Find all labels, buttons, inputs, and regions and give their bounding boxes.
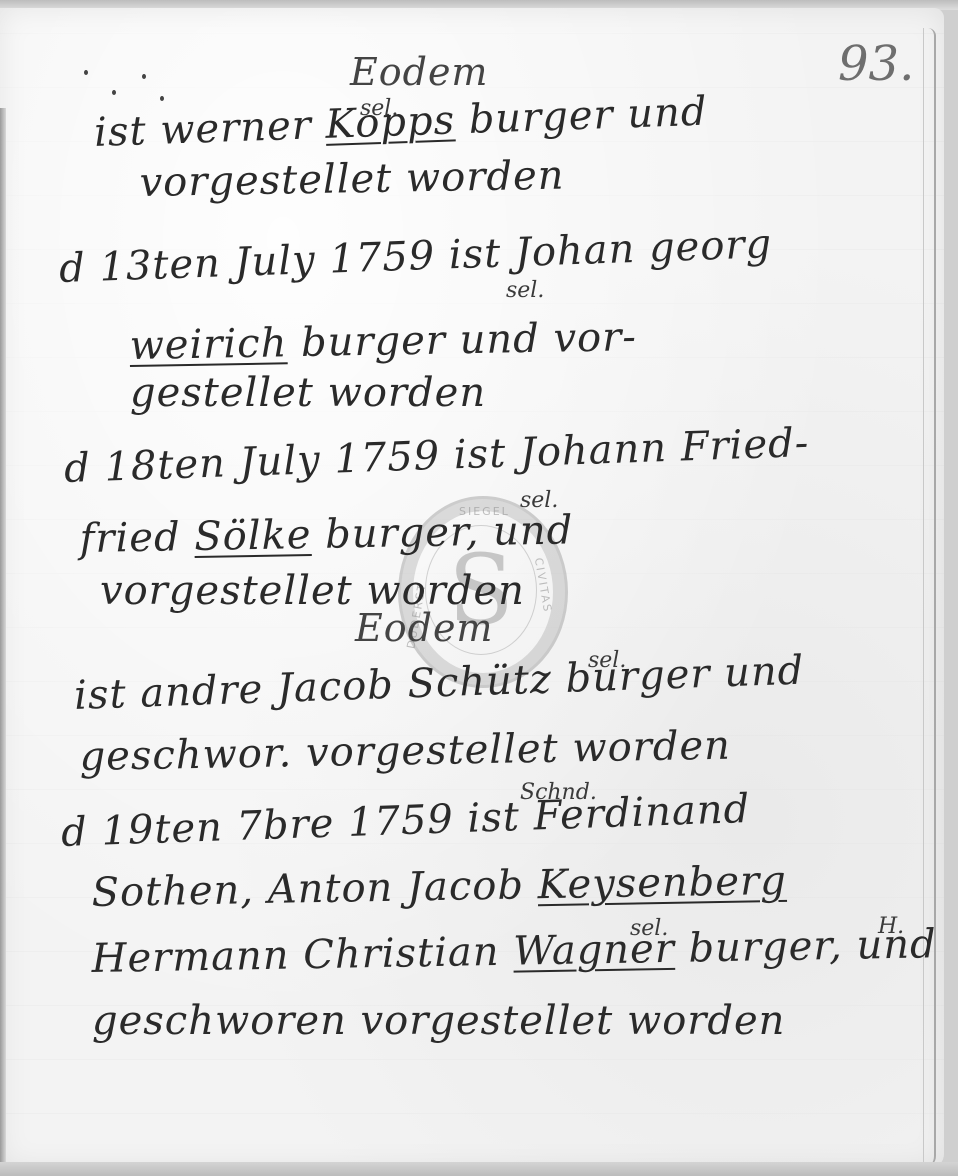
interlinear-note: sel.: [520, 488, 558, 513]
manuscript-line: d 18ten July 1759 ist Johann Fried-: [63, 420, 810, 492]
manuscript-line: weirich burger und vor-: [129, 314, 637, 369]
page-number: 93.: [838, 36, 914, 92]
underlined-surname: Keysenberg: [537, 858, 787, 908]
ink-speck: [84, 70, 88, 75]
scan-bottom-edge: [0, 1162, 958, 1176]
heading-eodem: Eodem: [355, 606, 493, 650]
page-left-edge: [0, 108, 6, 1168]
underlined-surname: weirich: [129, 320, 288, 369]
ink-speck: [160, 96, 164, 101]
manuscript-page: 93. S SIEGEL CIVITAS DUDERST Eodem ist w…: [0, 8, 944, 1168]
interlinear-note: sel.: [630, 916, 668, 941]
manuscript-line: d 19ten 7bre 1759 ist Ferdinand: [60, 786, 751, 856]
heading-eodem: Eodem: [350, 50, 488, 94]
manuscript-line: vorgestellet worden: [139, 153, 565, 206]
manuscript-line: geschworen vorgestellet worden: [92, 998, 785, 1044]
manuscript-line: gestellet worden: [130, 370, 486, 416]
interlinear-note: sel.: [506, 278, 544, 303]
ink-speck: [112, 90, 116, 95]
interlinear-note: sel.: [360, 96, 398, 121]
interlinear-note: H.: [878, 914, 904, 939]
manuscript-line: fried Sölke burger, und: [79, 507, 573, 562]
interlinear-note: sel.: [588, 648, 626, 673]
page-right-edge: [923, 28, 936, 1168]
underlined-surname: Sölke: [194, 512, 312, 560]
manuscript-line: ist werner Kopps burger und: [93, 89, 708, 156]
manuscript-line: Sothen, Anton Jacob Keysenberg: [91, 858, 787, 916]
manuscript-line: d 13ten July 1759 ist Johan georg: [58, 221, 772, 292]
ink-speck: [142, 74, 146, 79]
manuscript-line: geschwor. vorgestellet worden: [79, 723, 731, 780]
manuscript-line: Hermann Christian Wagner burger, und: [91, 921, 937, 982]
interlinear-note: Schnd.: [520, 780, 597, 805]
